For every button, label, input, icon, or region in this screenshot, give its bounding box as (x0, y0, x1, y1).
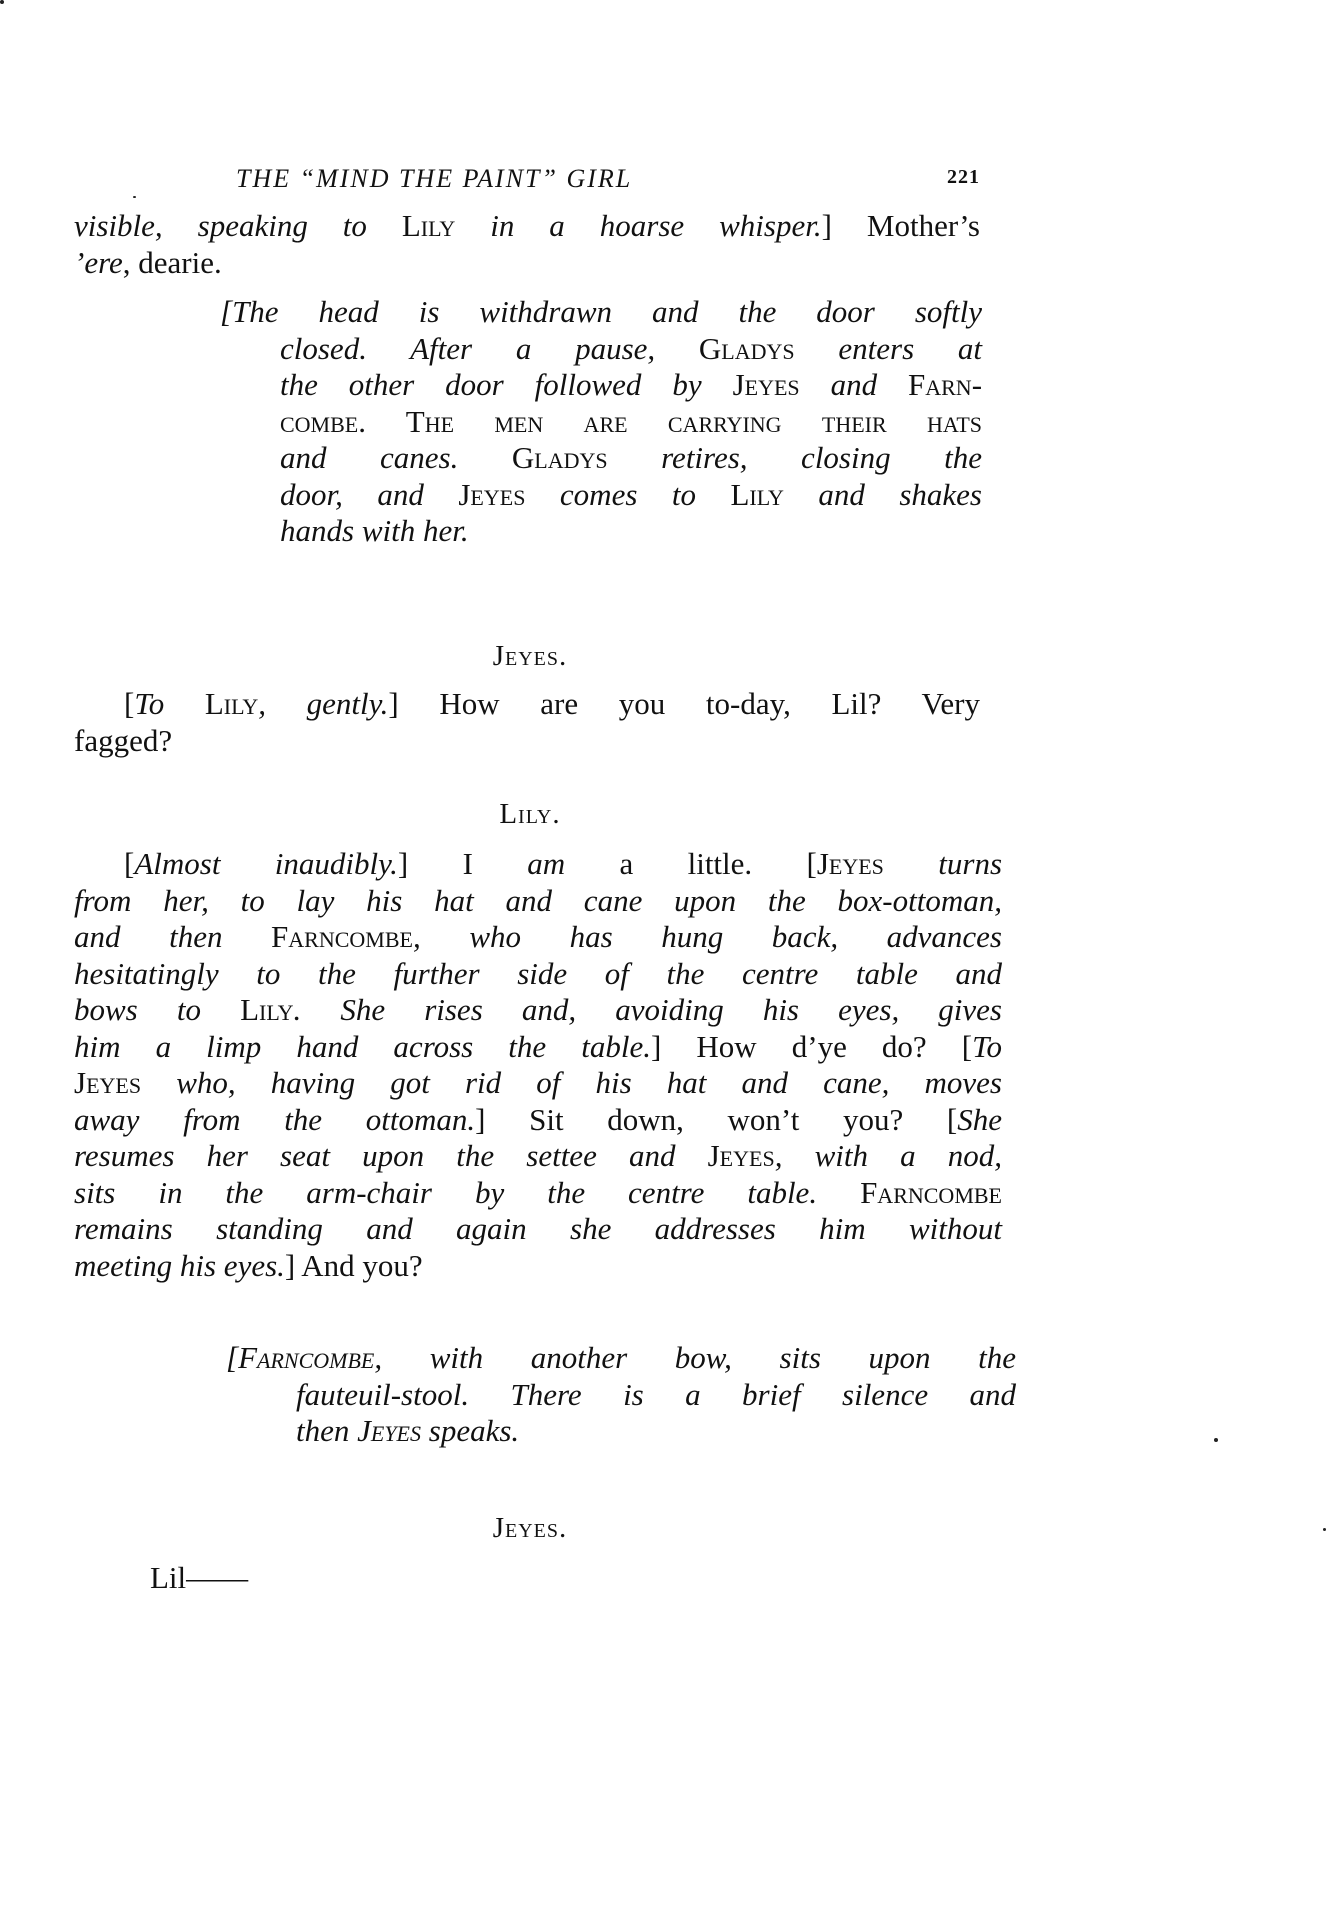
italic-run: sits in the arm-chair by the centre tabl… (74, 1175, 860, 1210)
italic-run: She (957, 1102, 1002, 1137)
roman-run: ] How d’ye do? [ (651, 1029, 972, 1064)
running-title: THE “MIND THE PAINT” GIRL (236, 164, 632, 194)
text-line: [To Lily, gently.] How are you to-day, L… (74, 686, 980, 723)
character-name: Jeyes (817, 846, 884, 881)
italic-run: hands with her. (280, 513, 469, 548)
book-page: THE “MIND THE PAINT” GIRL 221 visible, s… (0, 0, 1327, 1924)
italic-run: retires, closing the (608, 440, 982, 475)
text-line: Lil—— (150, 1560, 450, 1597)
scan-speck (133, 196, 136, 198)
italic-run: To (134, 686, 205, 721)
text-line: and then Farncombe, who has hung back, a… (74, 919, 1002, 956)
text-line: [The head is withdrawn and the door soft… (220, 294, 982, 331)
italic-run: [The head is withdrawn and the door soft… (220, 294, 982, 329)
italic-run: and shakes (784, 477, 982, 512)
roman-run: ] I (398, 846, 527, 881)
character-name: Gladys (512, 440, 608, 475)
character-name: Lily (205, 686, 258, 721)
italic-run: and then (74, 919, 271, 954)
character-name: . The men are carrying their hats (358, 404, 982, 439)
italic-run: Almost inaudibly. (134, 846, 398, 881)
character-name: Jeyes (74, 1065, 141, 1100)
italic-run: bows to (74, 992, 240, 1027)
text-line: hands with her. (220, 513, 982, 550)
scan-speck (0, 0, 4, 4)
text-line: [Farncombe, with another bow, sits upon … (226, 1340, 1016, 1377)
speech-lily: [Almost inaudibly.] I am a little. [Jeye… (74, 846, 1002, 1284)
character-name: Lily (402, 208, 455, 243)
character-name: Jeyes (458, 477, 525, 512)
speech-jeyes-1: [To Lily, gently.] How are you to-day, L… (74, 686, 980, 759)
character-name: Lily (240, 992, 293, 1027)
scan-speck (1214, 1438, 1218, 1442)
text-line: fauteuil-stool. There is a brief silence… (226, 1377, 1016, 1414)
italic-run: enters at (795, 331, 982, 366)
text-line: away from the ottoman.] Sit down, won’t … (74, 1102, 1002, 1139)
roman-run: [ (124, 846, 134, 881)
opening-paragraph: visible, speaking to Lily in a hoarse wh… (74, 208, 980, 281)
roman-run: [ (124, 686, 134, 721)
text-line: fagged? (74, 723, 980, 760)
page-number: 221 (947, 166, 980, 189)
character-name: Farncombe (238, 1340, 374, 1375)
italic-run: away from the ottoman. (74, 1102, 475, 1137)
text-line: then Jeyes speaks. (226, 1413, 1016, 1450)
text-line: [Almost inaudibly.] I am a little. [Jeye… (74, 846, 1002, 883)
italic-run: comes to (525, 477, 730, 512)
text-line: hesitatingly to the further side of the … (74, 956, 1002, 993)
italic-run: and (800, 367, 908, 402)
character-name: Jeyes (357, 1413, 421, 1448)
italic-run: and canes. (280, 440, 512, 475)
italic-run: meeting his eyes. (74, 1248, 285, 1283)
italic-run: visible, speaking to (74, 208, 402, 243)
italic-run: , with a nod, (775, 1138, 1002, 1173)
roman-run: a little. [ (565, 846, 817, 881)
character-name: Jeyes (733, 367, 800, 402)
character-name: Farn- (908, 367, 982, 402)
scan-speck (1323, 1528, 1326, 1531)
stage-direction-2: [Farncombe, with another bow, sits upon … (226, 1340, 1016, 1450)
italic-run: the other door followed by (280, 367, 733, 402)
italic-run: closed. After a pause, (280, 331, 699, 366)
italic-run: fauteuil-stool. There is a brief silence… (296, 1377, 1016, 1412)
italic-run: am (527, 846, 565, 881)
italic-run: resumes her seat upon the settee and (74, 1138, 708, 1173)
italic-run: , who has hung back, advances (413, 919, 1002, 954)
italic-run: remains standing and again she addresses… (74, 1211, 1002, 1246)
text-line: visible, speaking to Lily in a hoarse wh… (74, 208, 980, 245)
italic-run: in a hoarse whisper. (455, 208, 821, 243)
text-line: combe. The men are carrying their hats (220, 404, 982, 441)
text-line: remains standing and again she addresses… (74, 1211, 1002, 1248)
character-name: Jeyes (708, 1138, 775, 1173)
italic-run: , with another bow, sits upon the (374, 1340, 1016, 1375)
roman-run: [ (226, 1340, 238, 1375)
character-name: Gladys (699, 331, 795, 366)
roman-run: ] And you? (285, 1248, 423, 1283)
text-line: and canes. Gladys retires, closing the (220, 440, 982, 477)
text-line: closed. After a pause, Gladys enters at (220, 331, 982, 368)
roman-run: ] Mother’s (822, 208, 980, 243)
text-line: Jeyes who, having got rid of his hat and… (74, 1065, 1002, 1102)
roman-run: ] Sit down, won’t you? [ (475, 1102, 957, 1137)
italic-run: speaks. (421, 1413, 519, 1448)
text-line: the other door followed by Jeyes and Far… (220, 367, 982, 404)
italic-run: To (972, 1029, 1002, 1064)
speaker-heading-jeyes: Jeyes. (0, 640, 1060, 673)
text-line: meeting his eyes.] And you? (74, 1248, 1002, 1285)
italic-run: turns (884, 846, 1002, 881)
italic-run: , gently. (258, 686, 388, 721)
italic-run: then (296, 1413, 357, 1448)
text-line: bows to Lily. She rises and, avoiding hi… (74, 992, 1002, 1029)
italic-run: him a limp hand across the table. (74, 1029, 651, 1064)
text-line: resumes her seat upon the settee and Jey… (74, 1138, 1002, 1175)
speaker-heading-jeyes-2: Jeyes. (0, 1512, 1060, 1545)
character-name: Farncombe (860, 1175, 1002, 1210)
text-line: from her, to lay his hat and cane upon t… (74, 883, 1002, 920)
character-name: combe (280, 404, 358, 439)
roman-run: , dearie. (123, 245, 222, 280)
italic-run: from her, to lay his hat and cane upon t… (74, 883, 1002, 918)
italic-run: door, and (280, 477, 458, 512)
italic-run: who, having got rid of his hat and cane,… (141, 1065, 1002, 1100)
character-name: Lily (730, 477, 783, 512)
italic-run: . She rises and, avoiding his eyes, give… (293, 992, 1002, 1027)
character-name: Farncombe (271, 919, 413, 954)
running-head: THE “MIND THE PAINT” GIRL 221 (236, 164, 980, 194)
italic-run: hesitatingly to the further side of the … (74, 956, 1002, 991)
text-line: door, and Jeyes comes to Lily and shakes (220, 477, 982, 514)
text-line: sits in the arm-chair by the centre tabl… (74, 1175, 1002, 1212)
text-line: him a limp hand across the table.] How d… (74, 1029, 1002, 1066)
stage-direction-1: [The head is withdrawn and the door soft… (220, 294, 982, 550)
roman-run: ] How are you to-day, Lil? Very (388, 686, 980, 721)
text-line: ’ere, dearie. (74, 245, 980, 282)
speaker-heading-lily: Lily. (0, 798, 1060, 831)
italic-run: ’ere (74, 245, 123, 280)
speech-jeyes-2: Lil—— (150, 1560, 450, 1597)
